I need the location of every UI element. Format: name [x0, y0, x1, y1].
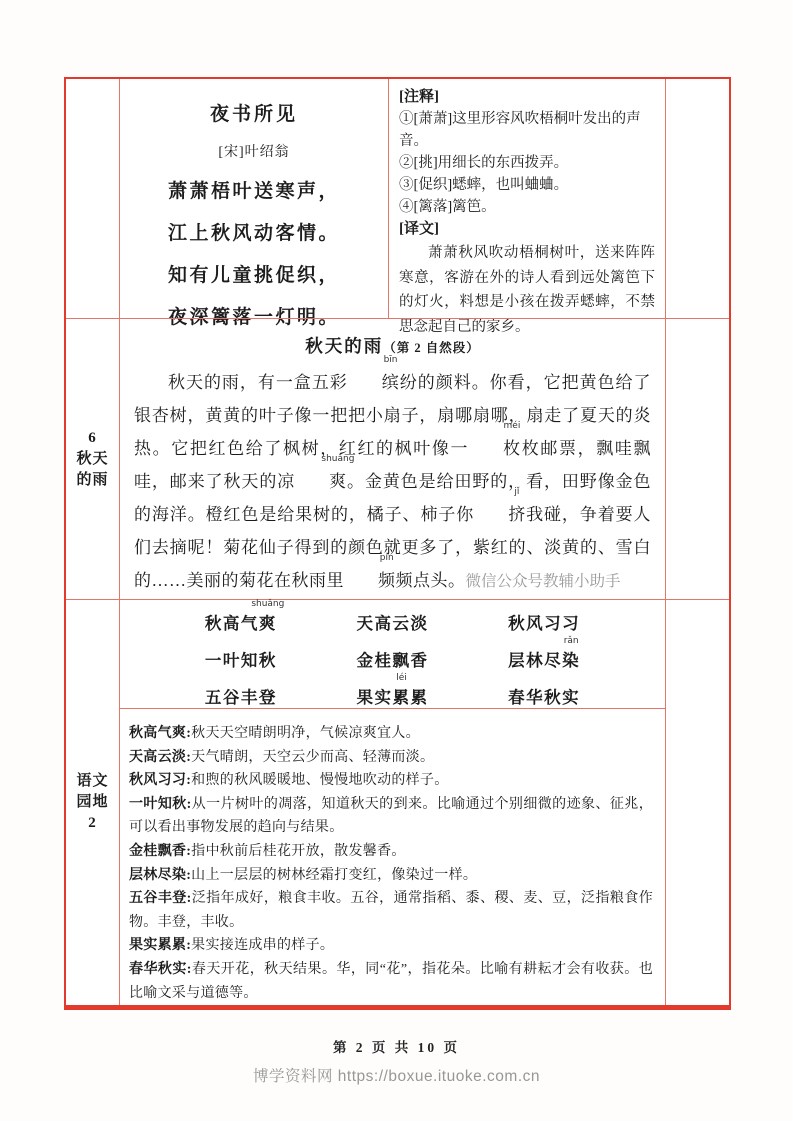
pinyin-label: pín — [346, 553, 394, 563]
pinyin-annotated-char: 枚méi — [469, 432, 521, 465]
poem-lines: 萧萧梧叶送寒声，江上秋风动客情。知有儿童挑促织，夜深篱落一灯明。 — [120, 176, 388, 329]
translation-header: [译文] — [399, 218, 655, 241]
definition-item: 金桂飘香:指中秋前后桂花开放，散发馨香。 — [129, 840, 653, 864]
pinyin-label: méi — [470, 421, 521, 431]
word-item: 天高云淡 — [317, 610, 469, 634]
pinyin-annotated-char: 挤jǐ — [474, 498, 526, 531]
definition-item: 五谷丰登:泛指年成好，粮食丰收。五谷，通常指稻、黍、稷、麦、豆，泛指粮食作物。丰… — [129, 887, 653, 934]
word-grid: 秋高气爽shuǎng天高云淡秋风习习一叶知秋金桂飘香层林尽染rǎn五谷丰登果实累… — [120, 600, 665, 709]
definition-item: 春华秋实:春天开花，秋天结果。华，同“花”，指花朵。比喻有耕耘才会有收获。也比喻… — [129, 958, 653, 1005]
word-item: 春华秋实 — [468, 684, 620, 708]
rain-text-cell: 秋天的雨（第 2 自然段） 秋天的雨，有一盒五彩缤bīn纷的颜料。你看，它把黄色… — [120, 318, 666, 599]
definition-text: 秋天天空晴朗明净，气候凉爽宜人。 — [191, 726, 420, 741]
rain-paragraph: 秋天的雨，有一盒五彩缤bīn纷的颜料。你看，它把黄色给了银杏树，黄黄的叶子像一把… — [134, 366, 651, 598]
pinyin-annotated-char: 爽shuǎng — [259, 610, 277, 634]
definition-text: 天气晴朗，天空云少而高、轻薄而淡。 — [191, 750, 434, 765]
lesson-sidebar-line: 6 — [88, 428, 97, 449]
definition-text: 春天开花，秋天结果。华，同“花”，指花朵。比喻有耕耘才会有收获。也比喻文采与道德… — [129, 962, 653, 1001]
definition-term: 天高云淡: — [129, 750, 191, 765]
pinyin-label: léi — [396, 673, 407, 683]
garden-sidebar-line: 语文 — [76, 771, 108, 792]
poem-line: 萧萧梧叶送寒声， — [120, 176, 388, 203]
footer-page-number: 第 2 页 共 10 页 — [0, 1036, 793, 1056]
definition-term: 果实累累: — [129, 938, 191, 953]
definition-term: 秋高气爽: — [129, 726, 191, 741]
word-item: 秋高气爽shuǎng — [165, 610, 317, 634]
scanned-worksheet-page: { "colors":{ "border-outer":"#e23b2e", "… — [0, 0, 793, 1121]
word-item: 果实累léi累 — [317, 684, 469, 708]
poem-author: [宋]叶绍翁 — [120, 141, 388, 161]
word-item: 秋风习习 — [468, 610, 620, 634]
word-item: 金桂飘香 — [317, 647, 469, 671]
definition-item: 层林尽染:山上一层层的树林经霜打变红，像染过一样。 — [129, 864, 653, 888]
definition-text: 果实接连成串的样子。 — [191, 938, 334, 953]
pinyin-label: bīn — [350, 355, 398, 365]
pinyin-annotated-char: 累léi — [392, 684, 410, 708]
margin-cell-row3 — [666, 599, 729, 1005]
definition-term: 一叶知秋: — [129, 797, 192, 812]
worksheet-table: 夜书所见 [宋]叶绍翁 萧萧梧叶送寒声，江上秋风动客情。知有儿童挑促织，夜深篱落… — [64, 77, 731, 1010]
garden-sidebar-line: 园地 — [76, 792, 108, 813]
lesson-sidebar-label: 6秋天的雨 — [66, 318, 120, 599]
definition-text: 和煦的秋风暖暖地、慢慢地吹动的样子。 — [191, 773, 448, 788]
definition-term: 金桂飘香: — [129, 844, 191, 859]
pinyin-label: shuǎng — [287, 454, 354, 464]
definition-item: 秋风习习:和煦的秋风暖暖地、慢慢地吹动的样子。 — [129, 769, 653, 793]
note-item: ①[萧萧]这里形容风吹梧桐叶发出的声音。 — [399, 108, 655, 152]
poem-line: 知有儿童挑促织， — [120, 260, 388, 287]
pinyin-label: jǐ — [480, 487, 519, 497]
definition-term: 秋风习习: — [129, 773, 191, 788]
definition-text: 山上一层层的树林经霜打变红，像染过一样。 — [191, 868, 477, 883]
word-item: 五谷丰登 — [165, 684, 317, 708]
pinyin-label: rǎn — [564, 636, 579, 646]
definition-term: 春华秋实: — [129, 962, 192, 977]
definition-text: 泛指年成好，粮食丰收。五谷，通常指稻、黍、稷、麦、豆，泛指粮食作物。丰登，丰收。 — [129, 891, 653, 930]
definition-item: 果实累累:果实接连成串的样子。 — [129, 934, 653, 958]
garden-cell: 秋高气爽shuǎng天高云淡秋风习习一叶知秋金桂飘香层林尽染rǎn五谷丰登果实累… — [120, 599, 666, 1005]
pinyin-label: shuǎng — [251, 599, 284, 609]
lesson-sidebar-line: 的雨 — [76, 470, 108, 491]
notes-cell: [注释] ①[萧萧]这里形容风吹梧桐叶发出的声音。②[挑]用细长的东西拨弄。③[… — [389, 79, 666, 318]
pinyin-annotated-char: 频pín — [344, 564, 396, 597]
word-item: 层林尽染rǎn — [468, 647, 620, 671]
definition-item: 秋高气爽:秋天天空晴朗明净，气候凉爽宜人。 — [129, 722, 653, 746]
definition-text: 从一片树叶的凋落，知道秋天的到来。比喻通过个别细微的迹象、征兆，可以看出事物发展… — [129, 797, 653, 836]
note-item: ③[促织]蟋蟀，也叫蛐蛐。 — [399, 174, 655, 196]
definition-term: 五谷丰登: — [129, 891, 192, 906]
definition-text: 指中秋前后桂花开放，散发馨香。 — [191, 844, 406, 859]
notes-list: ①[萧萧]这里形容风吹梧桐叶发出的声音。②[挑]用细长的东西拨弄。③[促织]蟋蟀… — [399, 108, 655, 218]
watermark-text: 微信公众号教辅小助手 — [466, 573, 621, 590]
garden-sidebar-label: 语文园地2 — [66, 599, 120, 1005]
pinyin-annotated-char: 染rǎn — [562, 647, 580, 671]
rain-paragraph-text: 秋天的雨，有一盒五彩缤bīn纷的颜料。你看，它把黄色给了银杏树，黄黄的叶子像一把… — [134, 373, 651, 590]
definitions-list: 秋高气爽:秋天天空晴朗明净，气候凉爽宜人。天高云淡:天气晴朗，天空云少而高、轻薄… — [120, 709, 665, 1005]
poem-cell: 夜书所见 [宋]叶绍翁 萧萧梧叶送寒声，江上秋风动客情。知有儿童挑促织，夜深篱落… — [120, 79, 389, 318]
footer-site-url: 博学资料网 https://boxue.ituoke.com.cn — [0, 1064, 793, 1086]
poem-title: 夜书所见 — [120, 99, 388, 126]
rain-title: 秋天的雨 — [305, 336, 383, 356]
pinyin-annotated-char: 缤bīn — [348, 366, 400, 399]
definition-item: 一叶知秋:从一片树叶的凋落，知道秋天的到来。比喻通过个别细微的迹象、征兆，可以看… — [129, 793, 653, 840]
margin-cell-row2 — [666, 318, 729, 599]
lesson-sidebar-line: 秋天 — [76, 449, 108, 470]
note-item: ④[篱落]篱笆。 — [399, 196, 655, 218]
notes-header: [注释] — [399, 86, 655, 108]
definition-term: 层林尽染: — [129, 868, 191, 883]
word-item: 一叶知秋 — [165, 647, 317, 671]
empty-sidebar-cell — [66, 79, 120, 318]
poem-line: 江上秋风动客情。 — [120, 218, 388, 245]
margin-cell-row1 — [666, 79, 729, 318]
pinyin-annotated-char: 爽shuǎng — [295, 465, 347, 498]
rain-title-suffix: （第 2 自然段） — [383, 341, 480, 355]
garden-sidebar-line: 2 — [88, 813, 97, 834]
note-item: ②[挑]用细长的东西拨弄。 — [399, 152, 655, 174]
definition-item: 天高云淡:天气晴朗，天空云少而高、轻薄而淡。 — [129, 746, 653, 770]
